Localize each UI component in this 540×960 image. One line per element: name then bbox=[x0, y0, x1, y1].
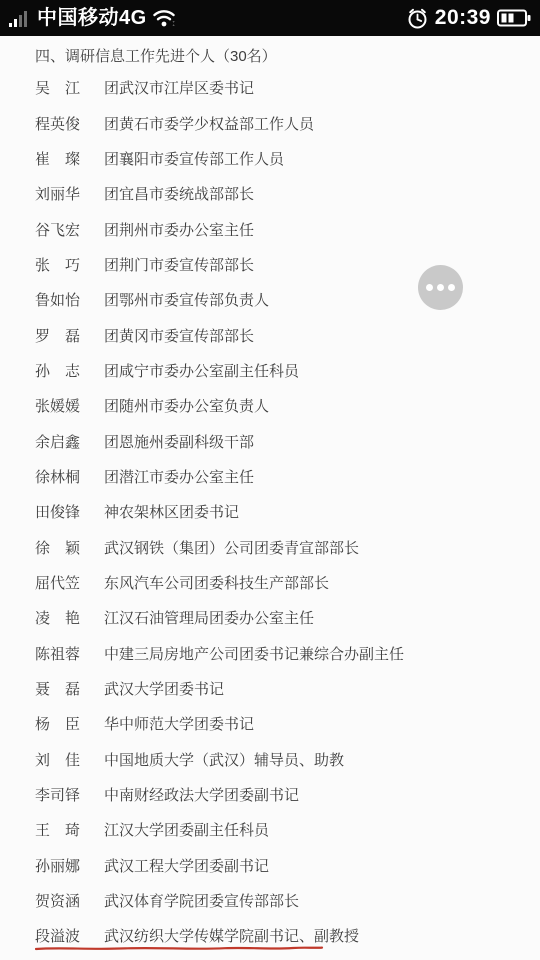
person-name: 吴 江 bbox=[35, 77, 104, 98]
person-name: 田俊锋 bbox=[35, 501, 104, 522]
person-title: 中国地质大学（武汉）辅导员、助教 bbox=[104, 749, 344, 770]
person-name: 余启鑫 bbox=[35, 431, 104, 452]
person-name: 孙丽娜 bbox=[35, 855, 104, 876]
more-button[interactable] bbox=[418, 265, 463, 310]
person-title: 江汉大学团委副主任科员 bbox=[104, 819, 269, 840]
list-item: 张媛媛 团随州市委办公室负责人 bbox=[35, 388, 524, 423]
status-bar: 中国移动4G 20:39 bbox=[0, 0, 540, 36]
person-title: 团襄阳市委宣传部工作人员 bbox=[104, 148, 284, 169]
person-name: 张 巧 bbox=[35, 254, 104, 275]
list-item: 孙 志 团咸宁市委办公室副主任科员 bbox=[35, 353, 524, 388]
person-title: 团武汉市江岸区委书记 bbox=[104, 77, 254, 98]
list-item: 凌 艳 江汉石油管理局团委办公室主任 bbox=[35, 600, 524, 635]
person-title: 神农架林区团委书记 bbox=[104, 501, 239, 522]
person-title: 中建三局房地产公司团委书记兼综合办副主任 bbox=[104, 643, 404, 664]
person-title: 团宜昌市委统战部部长 bbox=[104, 183, 254, 204]
list-item: 崔 璨 团襄阳市委宣传部工作人员 bbox=[35, 141, 524, 176]
list-item: 罗 磊 团黄冈市委宣传部部长 bbox=[35, 317, 524, 352]
person-name: 聂 磊 bbox=[35, 678, 104, 699]
more-dots-icon bbox=[437, 284, 444, 291]
person-name: 程英俊 bbox=[35, 113, 104, 134]
person-title: 华中师范大学团委书记 bbox=[104, 713, 254, 734]
list-item: 李司铎 中南财经政法大学团委副书记 bbox=[35, 777, 524, 812]
battery-icon bbox=[497, 9, 531, 27]
person-title: 团咸宁市委办公室副主任科员 bbox=[104, 360, 299, 381]
person-title: 武汉体育学院团委宣传部部长 bbox=[104, 890, 299, 911]
person-name: 刘丽华 bbox=[35, 183, 104, 204]
wifi-icon bbox=[153, 8, 179, 28]
list-item: 王 琦 江汉大学团委副主任科员 bbox=[35, 812, 524, 847]
person-title: 团黄石市委学少权益部工作人员 bbox=[104, 113, 314, 134]
list-item: 余启鑫 团恩施州委副科级干部 bbox=[35, 423, 524, 458]
carrier-label: 中国移动4G bbox=[37, 0, 147, 36]
phone-screen: 中国移动4G 20:39 bbox=[0, 0, 540, 960]
person-name: 崔 璨 bbox=[35, 148, 104, 169]
people-list: 吴 江 团武汉市江岸区委书记 程英俊 团黄石市委学少权益部工作人员 崔 璨 团襄… bbox=[35, 70, 524, 954]
list-item: 田俊锋 神农架林区团委书记 bbox=[35, 494, 524, 529]
person-name: 屈代笠 bbox=[35, 572, 104, 593]
clock-time: 20:39 bbox=[435, 0, 491, 36]
person-name: 孙 志 bbox=[35, 360, 104, 381]
list-item: 徐 颖 武汉钢铁（集团）公司团委青宣部部长 bbox=[35, 529, 524, 564]
person-name: 徐 颖 bbox=[35, 537, 104, 558]
person-name: 陈祖蓉 bbox=[35, 643, 104, 664]
status-left-group: 中国移动4G bbox=[9, 0, 179, 36]
person-title: 团恩施州委副科级干部 bbox=[104, 431, 254, 452]
list-item: 谷飞宏 团荆州市委办公室主任 bbox=[35, 211, 524, 246]
person-name: 刘 佳 bbox=[35, 749, 104, 770]
list-item: 吴 江 团武汉市江岸区委书记 bbox=[35, 70, 524, 105]
list-item: 程英俊 团黄石市委学少权益部工作人员 bbox=[35, 105, 524, 140]
more-dots-icon bbox=[426, 284, 433, 291]
alarm-clock-icon bbox=[406, 7, 429, 30]
signal-bars-icon bbox=[9, 10, 31, 27]
person-name: 王 琦 bbox=[35, 819, 104, 840]
person-title: 团黄冈市委宣传部部长 bbox=[104, 325, 254, 346]
list-item: 段溢波 武汉纺织大学传媒学院副书记、副教授 bbox=[35, 918, 524, 953]
person-name: 徐林桐 bbox=[35, 466, 104, 487]
section-title: 四、调研信息工作先进个人（30名） bbox=[35, 48, 524, 66]
person-name: 李司铎 bbox=[35, 784, 104, 805]
list-item: 刘 佳 中国地质大学（武汉）辅导员、助教 bbox=[35, 742, 524, 777]
list-item: 杨 臣 华中师范大学团委书记 bbox=[35, 706, 524, 741]
person-title: 武汉钢铁（集团）公司团委青宣部部长 bbox=[104, 537, 359, 558]
list-item: 孙丽娜 武汉工程大学团委副书记 bbox=[35, 848, 524, 883]
list-item: 陈祖蓉 中建三局房地产公司团委书记兼综合办副主任 bbox=[35, 636, 524, 671]
status-right-group: 20:39 bbox=[406, 0, 531, 36]
person-name: 罗 磊 bbox=[35, 325, 104, 346]
list-item: 贺资涵 武汉体育学院团委宣传部部长 bbox=[35, 883, 524, 918]
list-item: 聂 磊 武汉大学团委书记 bbox=[35, 671, 524, 706]
person-title: 团随州市委办公室负责人 bbox=[104, 395, 269, 416]
person-name: 鲁如怡 bbox=[35, 289, 104, 310]
list-item: 刘丽华 团宜昌市委统战部部长 bbox=[35, 176, 524, 211]
person-name: 谷飞宏 bbox=[35, 219, 104, 240]
list-item: 徐林桐 团潜江市委办公室主任 bbox=[35, 459, 524, 494]
red-underline-annotation bbox=[35, 943, 325, 953]
person-title: 团荆州市委办公室主任 bbox=[104, 219, 254, 240]
person-title: 中南财经政法大学团委副书记 bbox=[104, 784, 299, 805]
person-title: 武汉大学团委书记 bbox=[104, 678, 224, 699]
person-title: 江汉石油管理局团委办公室主任 bbox=[104, 607, 314, 628]
person-name: 凌 艳 bbox=[35, 607, 104, 628]
list-item: 屈代笠 东风汽车公司团委科技生产部部长 bbox=[35, 565, 524, 600]
document-viewport[interactable]: 四、调研信息工作先进个人（30名） 吴 江 团武汉市江岸区委书记 程英俊 团黄石… bbox=[0, 36, 540, 960]
person-name: 张媛媛 bbox=[35, 395, 104, 416]
person-title: 团潜江市委办公室主任 bbox=[104, 466, 254, 487]
more-dots-icon bbox=[448, 284, 455, 291]
person-title: 团鄂州市委宣传部负责人 bbox=[104, 289, 269, 310]
person-title: 东风汽车公司团委科技生产部部长 bbox=[104, 572, 329, 593]
person-name: 贺资涵 bbox=[35, 890, 104, 911]
person-title: 武汉工程大学团委副书记 bbox=[104, 855, 269, 876]
person-name: 杨 臣 bbox=[35, 713, 104, 734]
person-title: 团荆门市委宣传部部长 bbox=[104, 254, 254, 275]
